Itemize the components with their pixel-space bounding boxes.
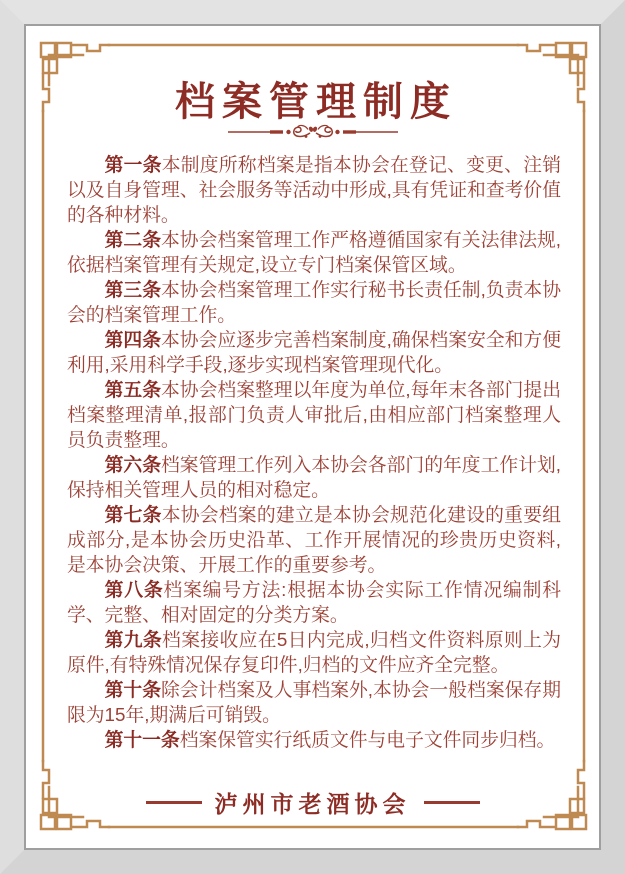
footer-org-name: 泸州市老酒协会: [215, 786, 411, 819]
article-number: 第四条: [105, 329, 161, 350]
article: 第四条本协会应逐步完善档案制度,确保档案安全和方便利用,采用科学手段,逐步实现档…: [67, 327, 561, 377]
article-number: 第十条: [105, 679, 161, 700]
article-number: 第八条: [105, 579, 164, 600]
article: 第七条本协会档案的建立是本协会规范化建设的重要组成部分,是本协会历史沿革、工作开…: [67, 502, 561, 577]
article: 第九条档案接收应在5日内完成,归档文件资料原则上为原件,有特殊情况保存复印件,归…: [67, 627, 561, 677]
article-number: 第三条: [105, 279, 161, 300]
article: 第五条本协会档案整理以年度为单位,每年末各部门提出档案整理清单,报部门负责人审批…: [67, 377, 561, 452]
article-number: 第一条: [105, 154, 162, 175]
article: 第十一条档案保管实行纸质文件与电子文件同步归档。: [67, 727, 561, 752]
articles-body: 第一条本制度所称档案是指本协会在登记、变更、注销以及自身管理、社会服务等活动中形…: [67, 152, 561, 752]
article-number: 第六条: [105, 454, 161, 475]
footer-dash-right: [424, 801, 480, 804]
article: 第三条本协会档案管理工作实行秘书长责任制,负责本协会的档案管理工作。: [67, 277, 561, 327]
article-number: 第五条: [105, 379, 161, 400]
article-number: 第九条: [105, 629, 162, 650]
footer-dash-left: [146, 801, 202, 804]
article: 第二条本协会档案管理工作严格遵循国家有关法律法规,依据档案管理有关规定,设立专门…: [67, 227, 561, 277]
page-title: 档案管理制度: [26, 70, 599, 127]
article-number: 第七条: [105, 504, 162, 525]
article-text: 档案保管实行纸质文件与电子文件同步归档。: [180, 729, 556, 750]
article-number: 第二条: [105, 229, 161, 250]
article: 第一条本制度所称档案是指本协会在登记、变更、注销以及自身管理、社会服务等活动中形…: [67, 152, 561, 227]
article: 第十条除会计档案及人事档案外,本协会一般档案保存期限为15年,期满后可销毁。: [67, 677, 561, 727]
title-divider-flourish: [226, 122, 400, 142]
footer: 泸州市老酒协会: [26, 786, 599, 819]
article-number: 第十一条: [105, 729, 180, 750]
article: 第六条档案管理工作列入本协会各部门的年度工作计划,保持相关管理人员的相对稳定。: [67, 452, 561, 502]
article: 第八条档案编号方法:根据本协会实际工作情况编制科学、完整、相对固定的分类方案。: [67, 577, 561, 627]
picture-frame: 档案管理制度 第一条本制度所称档案是指本协会在登记、变更、注销以及自身管理、社会…: [0, 0, 625, 874]
poster-matte: 档案管理制度 第一条本制度所称档案是指本协会在登记、变更、注销以及自身管理、社会…: [26, 26, 599, 848]
